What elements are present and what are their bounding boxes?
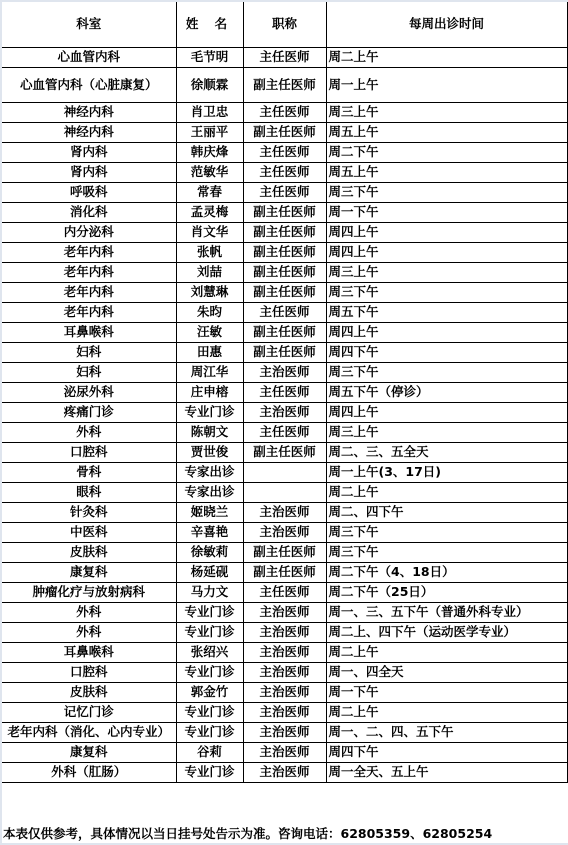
cell-title: 主治医师 [243, 403, 326, 423]
cell-schedule: 周四上午 [326, 403, 567, 423]
cell-name: 陈朝文 [176, 423, 243, 443]
cell-schedule: 周三下午 [326, 183, 567, 203]
cell-schedule: 周一下午 [326, 203, 567, 223]
table-row: 外科专业门诊主治医师周二上、四下午（运动医学专业） [2, 623, 567, 643]
cell-title: 主任医师 [243, 103, 326, 123]
cell-schedule: 周三下午 [326, 543, 567, 563]
cell-schedule: 周二上午 [326, 48, 567, 68]
cell-name: 汪敏 [176, 323, 243, 343]
header-name: 姓 名 [176, 2, 243, 48]
table-row: 消化科孟灵梅副主任医师周一下午 [2, 203, 567, 223]
table-row: 肾内科范敏华主任医师周五上午 [2, 163, 567, 183]
table-row: 妇科周江华主治医师周三下午 [2, 363, 567, 383]
cell-schedule: 周三上午 [326, 423, 567, 443]
cell-schedule: 周一全天、五上午 [326, 763, 567, 783]
cell-title: 主治医师 [243, 623, 326, 643]
cell-schedule: 周二下午（4、18日） [326, 563, 567, 583]
cell-name: 张绍兴 [176, 643, 243, 663]
cell-name: 专业门诊 [176, 703, 243, 723]
cell-schedule: 周一、四全天 [326, 663, 567, 683]
table-row: 神经内科王丽平副主任医师周五上午 [2, 123, 567, 143]
cell-title: 副主任医师 [243, 343, 326, 363]
cell-title: 主任医师 [243, 48, 326, 68]
cell-title: 副主任医师 [243, 263, 326, 283]
cell-name: 辛喜艳 [176, 523, 243, 543]
cell-title: 主任医师 [243, 303, 326, 323]
cell-department: 记忆门诊 [2, 703, 176, 723]
cell-title: 副主任医师 [243, 68, 326, 103]
cell-name: 韩庆烽 [176, 143, 243, 163]
cell-department: 康复科 [2, 563, 176, 583]
cell-title: 副主任医师 [243, 123, 326, 143]
cell-department: 妇科 [2, 343, 176, 363]
cell-name: 专业门诊 [176, 723, 243, 743]
cell-title: 主任医师 [243, 423, 326, 443]
cell-department: 耳鼻喉科 [2, 643, 176, 663]
table-row: 中医科辛喜艳主治医师周三下午 [2, 523, 567, 543]
cell-schedule: 周三下午 [326, 363, 567, 383]
table-row: 针灸科姬晓兰主治医师周二、四下午 [2, 503, 567, 523]
cell-title: 主任医师 [243, 583, 326, 603]
cell-name: 肖卫忠 [176, 103, 243, 123]
cell-schedule: 周二下午（25日） [326, 583, 567, 603]
table-row: 心血管内科毛节明主任医师周二上午 [2, 48, 567, 68]
table-row: 外科专业门诊主治医师周一、三、五下午（普通外科专业） [2, 603, 567, 623]
cell-title: 主治医师 [243, 603, 326, 623]
cell-department: 老年内科 [2, 263, 176, 283]
cell-name: 郭金竹 [176, 683, 243, 703]
cell-title: 主治医师 [243, 763, 326, 783]
table-row: 耳鼻喉科汪敏副主任医师周四上午 [2, 323, 567, 343]
cell-title: 副主任医师 [243, 563, 326, 583]
cell-title: 主治医师 [243, 503, 326, 523]
table-row: 外科陈朝文主任医师周三上午 [2, 423, 567, 443]
cell-name: 专业门诊 [176, 663, 243, 683]
table-body: 心血管内科毛节明主任医师周二上午 心血管内科（心脏康复）徐顺霖副主任医师周一上午… [2, 48, 567, 783]
cell-schedule: 周一下午 [326, 683, 567, 703]
cell-department: 外科（肛肠） [2, 763, 176, 783]
cell-schedule: 周四上午 [326, 243, 567, 263]
cell-schedule: 周四下午 [326, 743, 567, 763]
table-row: 疼痛门诊专业门诊主治医师周四上午 [2, 403, 567, 423]
schedule-sheet: 科室 姓 名 职称 每周出诊时间 心血管内科毛节明主任医师周二上午 心血管内科（… [2, 2, 568, 843]
cell-department: 中医科 [2, 523, 176, 543]
table-row: 呼吸科常春主任医师周三下午 [2, 183, 567, 203]
table-row: 康复科杨延砚副主任医师周二下午（4、18日） [2, 563, 567, 583]
table-row: 肿瘤化疗与放射病科马力文主任医师周二下午（25日） [2, 583, 567, 603]
cell-title [243, 463, 326, 483]
cell-schedule: 周五上午 [326, 123, 567, 143]
cell-title: 副主任医师 [243, 323, 326, 343]
cell-department: 消化科 [2, 203, 176, 223]
cell-department: 外科 [2, 423, 176, 443]
cell-name: 专业门诊 [176, 403, 243, 423]
table-row: 耳鼻喉科张绍兴主治医师周二上午 [2, 643, 567, 663]
table-row: 皮肤科郭金竹主治医师周一下午 [2, 683, 567, 703]
cell-department: 老年内科 [2, 243, 176, 263]
cell-department: 耳鼻喉科 [2, 323, 176, 343]
cell-department: 疼痛门诊 [2, 403, 176, 423]
cell-name: 庄申榕 [176, 383, 243, 403]
table-row: 泌尿外科庄申榕主任医师周五下午（停诊） [2, 383, 567, 403]
cell-name: 田惠 [176, 343, 243, 363]
cell-department: 康复科 [2, 743, 176, 763]
cell-name: 王丽平 [176, 123, 243, 143]
table-row: 记忆门诊专业门诊主治医师周二上午 [2, 703, 567, 723]
cell-department: 口腔科 [2, 443, 176, 463]
cell-title [243, 483, 326, 503]
table-row: 口腔科贾世俊副主任医师周二、三、五全天 [2, 443, 567, 463]
cell-name: 毛节明 [176, 48, 243, 68]
table-row: 外科（肛肠）专业门诊主治医师周一全天、五上午 [2, 763, 567, 783]
cell-department: 皮肤科 [2, 683, 176, 703]
cell-department: 骨科 [2, 463, 176, 483]
cell-name: 朱昀 [176, 303, 243, 323]
table-row: 皮肤科徐敏莉副主任医师周三下午 [2, 543, 567, 563]
table-row: 老年内科朱昀主任医师周五下午 [2, 303, 567, 323]
cell-department: 妇科 [2, 363, 176, 383]
cell-schedule: 周三下午 [326, 523, 567, 543]
cell-title: 主治医师 [243, 683, 326, 703]
cell-name: 张帆 [176, 243, 243, 263]
cell-name: 贾世俊 [176, 443, 243, 463]
header-title: 职称 [243, 2, 326, 48]
cell-name: 徐敏莉 [176, 543, 243, 563]
cell-schedule: 周五下午（停诊） [326, 383, 567, 403]
cell-name: 刘喆 [176, 263, 243, 283]
cell-schedule: 周二下午 [326, 143, 567, 163]
cell-title: 主治医师 [243, 643, 326, 663]
cell-title: 主任医师 [243, 163, 326, 183]
cell-title: 主治医师 [243, 363, 326, 383]
cell-schedule: 周四下午 [326, 343, 567, 363]
cell-schedule: 周一、三、五下午（普通外科专业） [326, 603, 567, 623]
cell-schedule: 周二、三、五全天 [326, 443, 567, 463]
cell-schedule: 周一上午 [326, 68, 567, 103]
cell-title: 主任医师 [243, 143, 326, 163]
cell-name: 范敏华 [176, 163, 243, 183]
cell-name: 徐顺霖 [176, 68, 243, 103]
cell-name: 孟灵梅 [176, 203, 243, 223]
header-department: 科室 [2, 2, 176, 48]
cell-title: 副主任医师 [243, 223, 326, 243]
cell-schedule: 周一、二、四、五下午 [326, 723, 567, 743]
header-row: 科室 姓 名 职称 每周出诊时间 [2, 2, 567, 48]
cell-name: 专业门诊 [176, 763, 243, 783]
cell-department: 肾内科 [2, 163, 176, 183]
cell-title: 主治医师 [243, 703, 326, 723]
cell-department: 肿瘤化疗与放射病科 [2, 583, 176, 603]
table-row: 肾内科韩庆烽主任医师周二下午 [2, 143, 567, 163]
cell-schedule: 周二上午 [326, 703, 567, 723]
cell-department: 呼吸科 [2, 183, 176, 203]
cell-department: 老年内科 [2, 303, 176, 323]
cell-title: 副主任医师 [243, 203, 326, 223]
table-row: 老年内科刘慧琳副主任医师周三下午 [2, 283, 567, 303]
cell-department: 心血管内科 [2, 48, 176, 68]
cell-department: 皮肤科 [2, 543, 176, 563]
cell-schedule: 周五下午 [326, 303, 567, 323]
table-row: 妇科田惠副主任医师周四下午 [2, 343, 567, 363]
cell-department: 老年内科 [2, 283, 176, 303]
cell-department: 肾内科 [2, 143, 176, 163]
cell-title: 主任医师 [243, 383, 326, 403]
cell-name: 肖文华 [176, 223, 243, 243]
cell-name: 周江华 [176, 363, 243, 383]
cell-title: 副主任医师 [243, 543, 326, 563]
cell-department: 外科 [2, 603, 176, 623]
cell-name: 专业门诊 [176, 603, 243, 623]
outpatient-schedule-table: 科室 姓 名 职称 每周出诊时间 心血管内科毛节明主任医师周二上午 心血管内科（… [2, 2, 568, 783]
table-row: 老年内科张帆副主任医师周四上午 [2, 243, 567, 263]
cell-schedule: 周三上午 [326, 103, 567, 123]
cell-schedule: 周四上午 [326, 323, 567, 343]
cell-title: 主治医师 [243, 523, 326, 543]
cell-name: 刘慧琳 [176, 283, 243, 303]
cell-schedule: 周二、四下午 [326, 503, 567, 523]
table-row: 康复科谷莉主治医师周四下午 [2, 743, 567, 763]
cell-schedule: 周四上午 [326, 223, 567, 243]
cell-name: 姬晓兰 [176, 503, 243, 523]
table-row: 内分泌科肖文华副主任医师周四上午 [2, 223, 567, 243]
table-row: 老年内科（消化、心内专业）专业门诊主治医师周一、二、四、五下午 [2, 723, 567, 743]
cell-schedule: 周二上、四下午（运动医学专业） [326, 623, 567, 643]
cell-department: 外科 [2, 623, 176, 643]
table-row: 神经内科肖卫忠主任医师周三上午 [2, 103, 567, 123]
header-schedule: 每周出诊时间 [326, 2, 567, 48]
cell-name: 杨延砚 [176, 563, 243, 583]
table-row: 老年内科刘喆副主任医师周三上午 [2, 263, 567, 283]
cell-department: 眼科 [2, 483, 176, 503]
footer-note: 本表仅供参考，具体情况以当日挂号处告示为准。咨询电话：62805359、6280… [2, 824, 568, 844]
cell-department: 针灸科 [2, 503, 176, 523]
cell-name: 专业门诊 [176, 623, 243, 643]
cell-department: 口腔科 [2, 663, 176, 683]
cell-department: 神经内科 [2, 123, 176, 143]
table-row: 心血管内科（心脏康复）徐顺霖副主任医师周一上午 [2, 68, 567, 103]
cell-title: 主任医师 [243, 183, 326, 203]
cell-name: 谷莉 [176, 743, 243, 763]
cell-department: 老年内科（消化、心内专业） [2, 723, 176, 743]
cell-department: 神经内科 [2, 103, 176, 123]
cell-schedule: 周五上午 [326, 163, 567, 183]
cell-schedule: 周三下午 [326, 283, 567, 303]
table-row: 骨科专家出诊周一上午(3、17日) [2, 463, 567, 483]
cell-schedule: 周二上午 [326, 483, 567, 503]
cell-department: 泌尿外科 [2, 383, 176, 403]
cell-department: 内分泌科 [2, 223, 176, 243]
cell-name: 马力文 [176, 583, 243, 603]
cell-department: 心血管内科（心脏康复） [2, 68, 176, 103]
cell-schedule: 周二上午 [326, 643, 567, 663]
cell-title: 副主任医师 [243, 283, 326, 303]
cell-name: 专家出诊 [176, 483, 243, 503]
cell-name: 专家出诊 [176, 463, 243, 483]
cell-name: 常春 [176, 183, 243, 203]
cell-title: 主治医师 [243, 743, 326, 763]
cell-title: 主治医师 [243, 723, 326, 743]
cell-title: 副主任医师 [243, 443, 326, 463]
cell-schedule: 周一上午(3、17日) [326, 463, 567, 483]
cell-title: 主治医师 [243, 663, 326, 683]
cell-schedule: 周三上午 [326, 263, 567, 283]
table-row: 眼科专家出诊周二上午 [2, 483, 567, 503]
cell-title: 副主任医师 [243, 243, 326, 263]
table-row: 口腔科专业门诊主治医师周一、四全天 [2, 663, 567, 683]
